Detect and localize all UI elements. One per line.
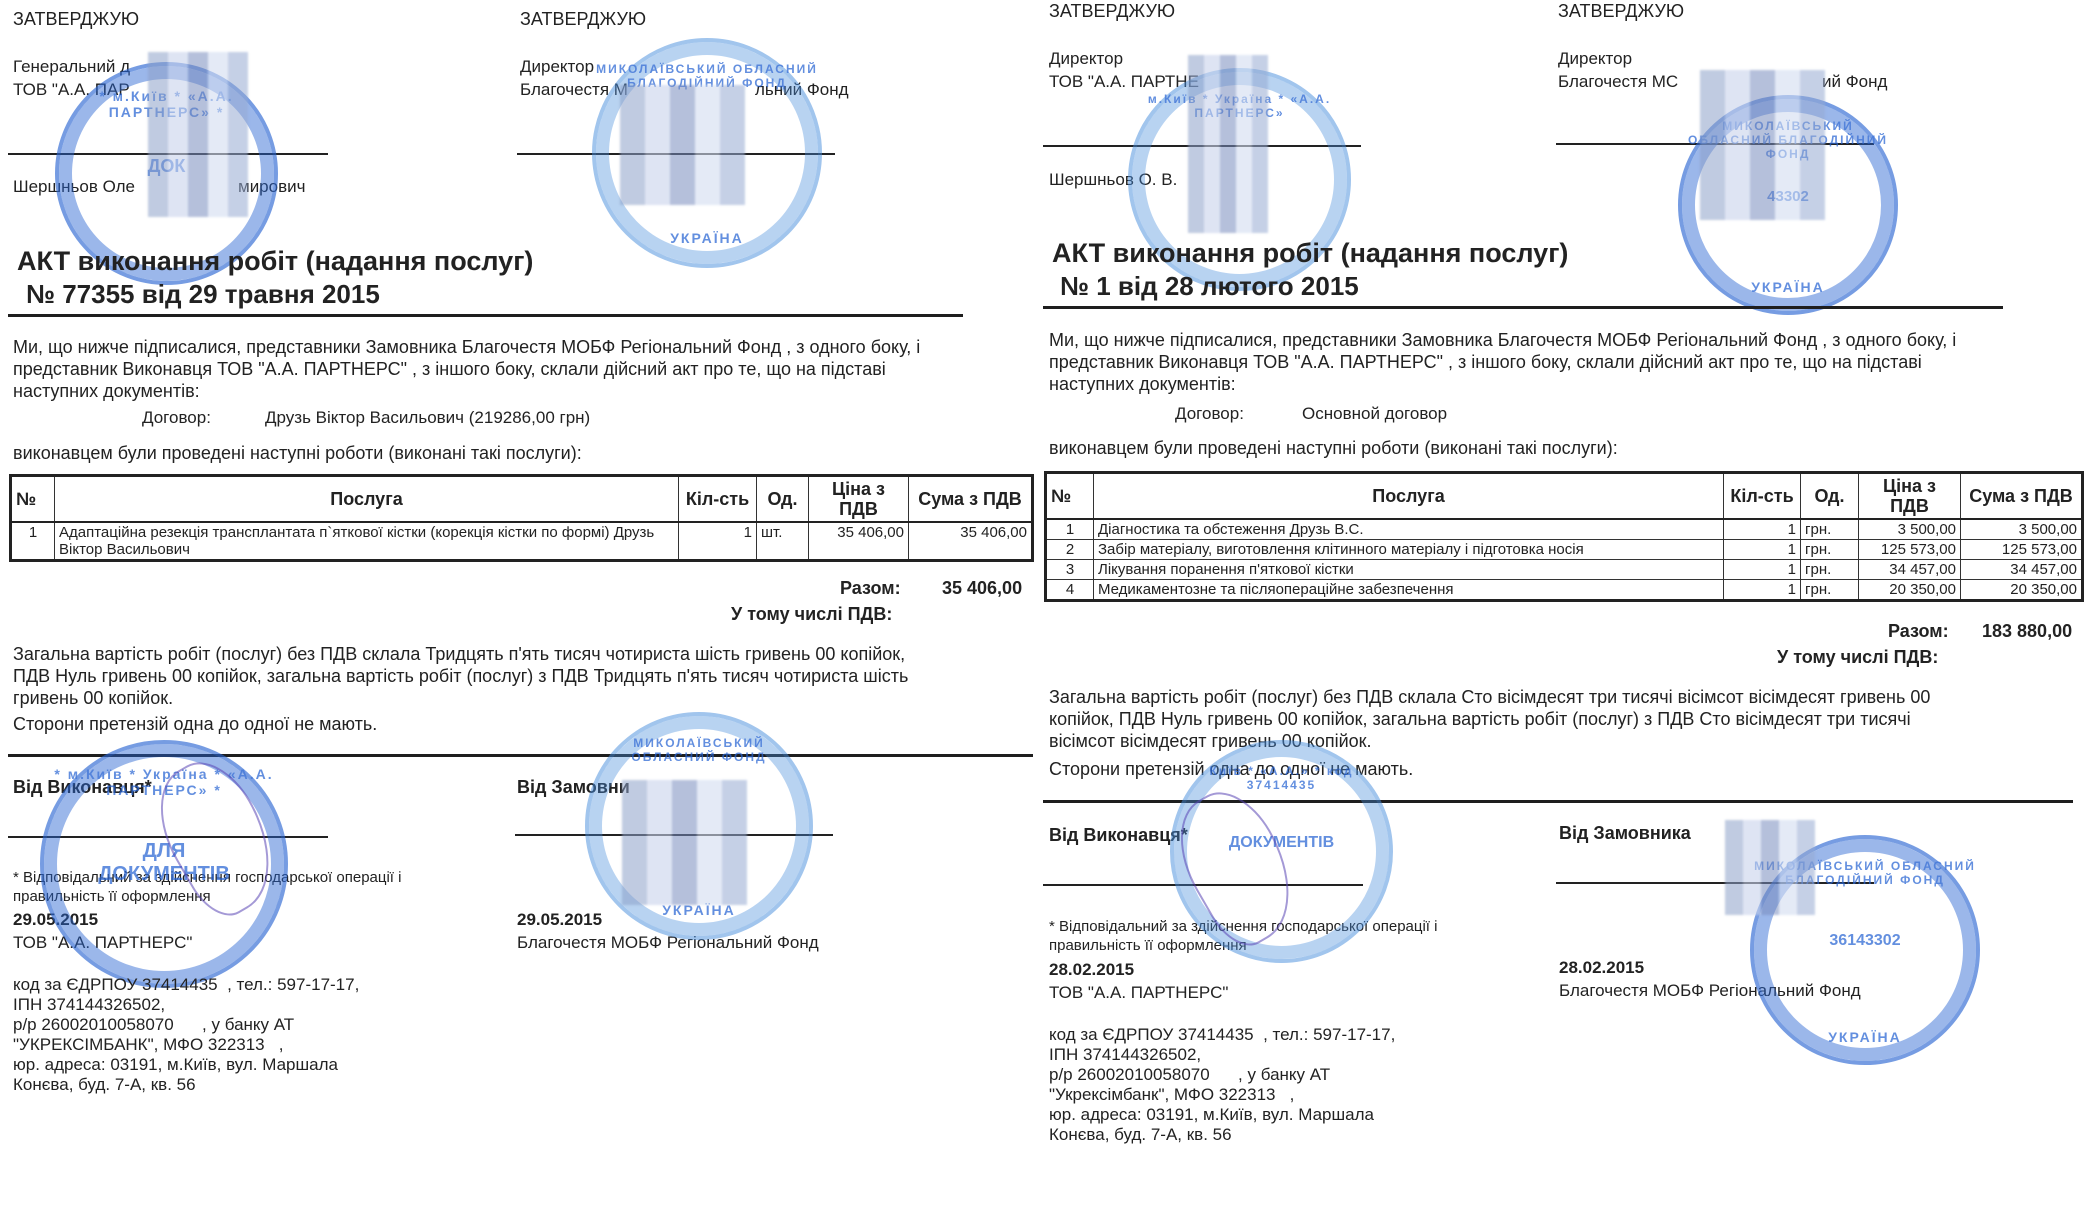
- column-header: Кіл-сть: [1724, 473, 1801, 520]
- cell-no: 3: [1046, 560, 1094, 580]
- cell-qty: 1: [679, 522, 757, 561]
- table-header-row: №ПослугаКіл-стьОд.Ціна з ПДВСума з ПДВ: [11, 476, 1033, 523]
- vat-label: У тому числі ПДВ:: [1777, 646, 1938, 668]
- redacted-signature: [622, 780, 747, 905]
- approve-company-executor: ТОВ "А.А. ПАРТНЕ: [1049, 72, 1199, 92]
- total-label: Разом:: [840, 577, 901, 599]
- approve-position-customer: Директор: [1558, 49, 1632, 69]
- cell-no: 2: [1046, 540, 1094, 560]
- cell-qty: 1: [1724, 540, 1801, 560]
- title-divider: [1043, 306, 2003, 309]
- cell-service: Лікування поранення п'яткової кістки: [1094, 560, 1724, 580]
- table-row: 1Адаптаційна резекція трансплантата п`ят…: [11, 522, 1033, 561]
- approve-company-tail: льний Фонд: [755, 80, 849, 100]
- executor-label: Від Виконавця*: [13, 776, 152, 798]
- cell-no: 1: [11, 522, 55, 561]
- approve-signer-executor: Шершньов О. В.: [1049, 170, 1177, 190]
- cell-sum: 125 573,00: [1961, 540, 2083, 560]
- footnote-line1: * Відповідальний за здійснення господарс…: [1049, 918, 1437, 936]
- table-row: 4Медикаментозне та післяопераційне забез…: [1046, 580, 2083, 601]
- requisite-line: код за ЄДРПОУ 37414435 , тел.: 597-17-17…: [1049, 1025, 1395, 1045]
- customer-label: Від Замовника: [1559, 822, 1691, 844]
- column-header: Послуга: [1094, 473, 1724, 520]
- act-title: АКТ виконання робіт (надання послуг): [1052, 237, 1568, 269]
- signatures-divider: [8, 754, 1033, 757]
- requisite-line: ІПН 374144326502,: [13, 995, 359, 1015]
- act-number-date: № 1 від 28 лютого 2015: [1060, 270, 1359, 302]
- approve-heading-customer: ЗАТВЕРДЖУЮ: [520, 8, 646, 30]
- requisite-line: ІПН 374144326502,: [1049, 1045, 1395, 1065]
- redacted-signature: [1188, 55, 1268, 233]
- cell-sum: 3 500,00: [1961, 519, 2083, 540]
- act-title: АКТ виконання робіт (надання послуг): [17, 245, 533, 277]
- signature-line: [1556, 143, 1874, 145]
- requisite-line: юр. адреса: 03191, м.Київ, вул. Маршала: [13, 1055, 359, 1075]
- approve-company-customer: Благочестя МС: [1558, 72, 1678, 92]
- cell-qty: 1: [1724, 519, 1801, 540]
- column-header: Ціна з ПДВ: [1859, 473, 1961, 520]
- customer-stamp-icon: МИКОЛАЇВСЬКИЙ ОБЛАСНИЙ БЛАГОДІЙНИЙ ФОНД …: [1750, 835, 1980, 1065]
- approve-heading-customer: ЗАТВЕРДЖУЮ: [1558, 0, 1684, 22]
- cell-sum: 35 406,00: [909, 522, 1033, 561]
- approve-position-executor: Директор: [1049, 49, 1123, 69]
- footnote-line2: правильність її оформлення: [1049, 937, 1247, 955]
- vat-label: У тому числі ПДВ:: [731, 603, 892, 625]
- footnote-line1: * Відповідальний за здійснення господарс…: [13, 869, 401, 887]
- contract-value: Друзь Віктор Васильович (219286,00 грн): [265, 408, 590, 428]
- executor-company: ТОВ "А.А. ПАРТНЕРС": [13, 933, 192, 953]
- approve-heading-executor: ЗАТВЕРДЖУЮ: [13, 8, 139, 30]
- redacted-signature: [148, 52, 248, 217]
- services-table: №ПослугаКіл-стьОд.Ціна з ПДВСума з ПДВ 1…: [1044, 471, 2084, 602]
- column-header: №: [1046, 473, 1094, 520]
- redacted-signature: [1725, 820, 1815, 915]
- cell-unit: грн.: [1801, 580, 1859, 601]
- customer-stamp-icon: МИКОЛАЇВСЬКИЙ ОБЛАСНИЙ БЛАГОДІЙНИЙ ФОНД …: [1678, 95, 1898, 315]
- table-row: 2Забір матеріалу, виготовлення клітинног…: [1046, 540, 2083, 560]
- signature-line: [8, 153, 328, 155]
- approve-company-customer: Благочестя М: [520, 80, 628, 100]
- cell-price: 20 350,00: [1859, 580, 1961, 601]
- approve-position-customer: Директор: [520, 57, 594, 77]
- contract-value: Основной договор: [1302, 404, 1447, 424]
- act-document-1: ЗАТВЕРДЖУЮ Директор ТОВ "А.А. ПАРТНЕ Шер…: [1040, 0, 2092, 1218]
- footnote-line2: правильність її оформлення: [13, 888, 211, 906]
- act-document-77355: ЗАТВЕРДЖУЮ Генеральний д ТОВ "А.А. ПАР Ш…: [0, 0, 1040, 1218]
- intro-paragraph: Ми, що нижче підписалися, представники З…: [1049, 329, 2009, 395]
- cell-unit: грн.: [1801, 519, 1859, 540]
- cell-unit: грн.: [1801, 560, 1859, 580]
- cell-service: Медикаментозне та післяопераційне забезп…: [1094, 580, 1724, 601]
- signature-line: [1043, 145, 1361, 147]
- table-row: 1Діагностика та обстеження Друзь В.С.1гр…: [1046, 519, 2083, 540]
- executor-company: ТОВ "А.А. ПАРТНЕРС": [1049, 983, 1228, 1003]
- signature-line: [515, 834, 833, 836]
- column-header: Од.: [1801, 473, 1859, 520]
- cell-sum: 34 457,00: [1961, 560, 2083, 580]
- requisite-line: Конєва, буд. 7-А, кв. 56: [13, 1075, 359, 1095]
- requisite-line: "УКРЕКСІМБАНК", МФО 322313 ,: [13, 1035, 359, 1055]
- cell-service: Забір матеріалу, виготовлення клітинного…: [1094, 540, 1724, 560]
- customer-company: Благочестя МОБФ Регіональний Фонд: [517, 933, 819, 953]
- cell-no: 1: [1046, 519, 1094, 540]
- cell-sum: 20 350,00: [1961, 580, 2083, 601]
- cell-price: 125 573,00: [1859, 540, 1961, 560]
- no-claims-text: Сторони претензій одна до одної не мають…: [13, 713, 377, 735]
- signature-line: [1556, 882, 1874, 884]
- requisite-line: юр. адреса: 03191, м.Київ, вул. Маршала: [1049, 1105, 1395, 1125]
- customer-date: 29.05.2015: [517, 910, 602, 930]
- table-row: 3Лікування поранення п'яткової кістки1гр…: [1046, 560, 2083, 580]
- contract-label: Договор:: [1175, 404, 1244, 424]
- approve-signer-tail: мирович: [238, 177, 305, 197]
- customer-date: 28.02.2015: [1559, 958, 1644, 978]
- approve-company-executor: ТОВ "А.А. ПАР: [13, 80, 130, 100]
- cell-service: Адаптаційна резекція трансплантата п`ятк…: [55, 522, 679, 561]
- approve-heading-executor: ЗАТВЕРДЖУЮ: [1049, 0, 1175, 22]
- signature-line: [8, 836, 328, 838]
- summary-paragraph: Загальна вартість робіт (послуг) без ПДВ…: [13, 643, 943, 709]
- customer-company: Благочестя МОБФ Регіональний Фонд: [1559, 981, 1861, 1001]
- cell-unit: шт.: [757, 522, 809, 561]
- redacted-signature: [1700, 70, 1825, 220]
- cell-qty: 1: [1724, 580, 1801, 601]
- executor-date: 28.02.2015: [1049, 960, 1134, 980]
- table-header-row: №ПослугаКіл-стьОд.Ціна з ПДВСума з ПДВ: [1046, 473, 2083, 520]
- requisite-line: код за ЄДРПОУ 37414435 , тел.: 597-17-17…: [13, 975, 359, 995]
- summary-paragraph: Загальна вартість робіт (послуг) без ПДВ…: [1049, 686, 1969, 752]
- requisite-line: р/р 26002010058070 , у банку АТ: [1049, 1065, 1395, 1085]
- column-header: Сума з ПДВ: [1961, 473, 2083, 520]
- executor-date: 29.05.2015: [13, 910, 98, 930]
- column-header: Ціна з ПДВ: [809, 476, 909, 523]
- cell-qty: 1: [1724, 560, 1801, 580]
- executor-requisites: код за ЄДРПОУ 37414435 , тел.: 597-17-17…: [13, 975, 359, 1095]
- redacted-signature: [620, 85, 745, 205]
- approve-company-tail: ий Фонд: [1822, 72, 1887, 92]
- approve-position-executor: Генеральний д: [13, 57, 130, 77]
- cell-service: Діагностика та обстеження Друзь В.С.: [1094, 519, 1724, 540]
- works-intro: виконавцем були проведені наступні робот…: [13, 442, 582, 464]
- requisite-line: р/р 26002010058070 , у банку АТ: [13, 1015, 359, 1035]
- signature-line: [517, 153, 835, 155]
- customer-stamp-icon: МИКОЛАЇВСЬКИЙ ОБЛАСНИЙ ФОНД УКРАЇНА: [585, 712, 813, 940]
- no-claims-text: Сторони претензій одна до одної не мають…: [1049, 758, 1413, 780]
- column-header: Сума з ПДВ: [909, 476, 1033, 523]
- contract-label: Договор:: [142, 408, 211, 428]
- column-header: Кіл-сть: [679, 476, 757, 523]
- total-label: Разом:: [1888, 620, 1949, 642]
- column-header: Од.: [757, 476, 809, 523]
- signature-line: [1043, 884, 1363, 886]
- act-number-date: № 77355 від 29 травня 2015: [26, 278, 380, 310]
- intro-paragraph: Ми, що нижче підписалися, представники З…: [13, 336, 963, 402]
- column-header: №: [11, 476, 55, 523]
- approve-signer-executor: Шершньов Оле: [13, 177, 135, 197]
- works-intro: виконавцем були проведені наступні робот…: [1049, 437, 1618, 459]
- total-value: 183 880,00: [1982, 620, 2072, 642]
- executor-requisites: код за ЄДРПОУ 37414435 , тел.: 597-17-17…: [1049, 1025, 1395, 1145]
- customer-label: Від Замовни: [517, 776, 630, 798]
- cell-price: 35 406,00: [809, 522, 909, 561]
- column-header: Послуга: [55, 476, 679, 523]
- requisite-line: "Укрексімбанк", МФО 322313 ,: [1049, 1085, 1395, 1105]
- cell-price: 3 500,00: [1859, 519, 1961, 540]
- signatures-divider: [1043, 800, 2073, 803]
- requisite-line: Конєва, буд. 7-А, кв. 56: [1049, 1125, 1395, 1145]
- executor-label: Від Виконавця*: [1049, 824, 1188, 846]
- cell-price: 34 457,00: [1859, 560, 1961, 580]
- title-divider: [8, 314, 963, 317]
- cell-no: 4: [1046, 580, 1094, 601]
- total-value: 35 406,00: [942, 577, 1022, 599]
- cell-unit: грн.: [1801, 540, 1859, 560]
- services-table: №ПослугаКіл-стьОд.Ціна з ПДВСума з ПДВ 1…: [9, 474, 1034, 562]
